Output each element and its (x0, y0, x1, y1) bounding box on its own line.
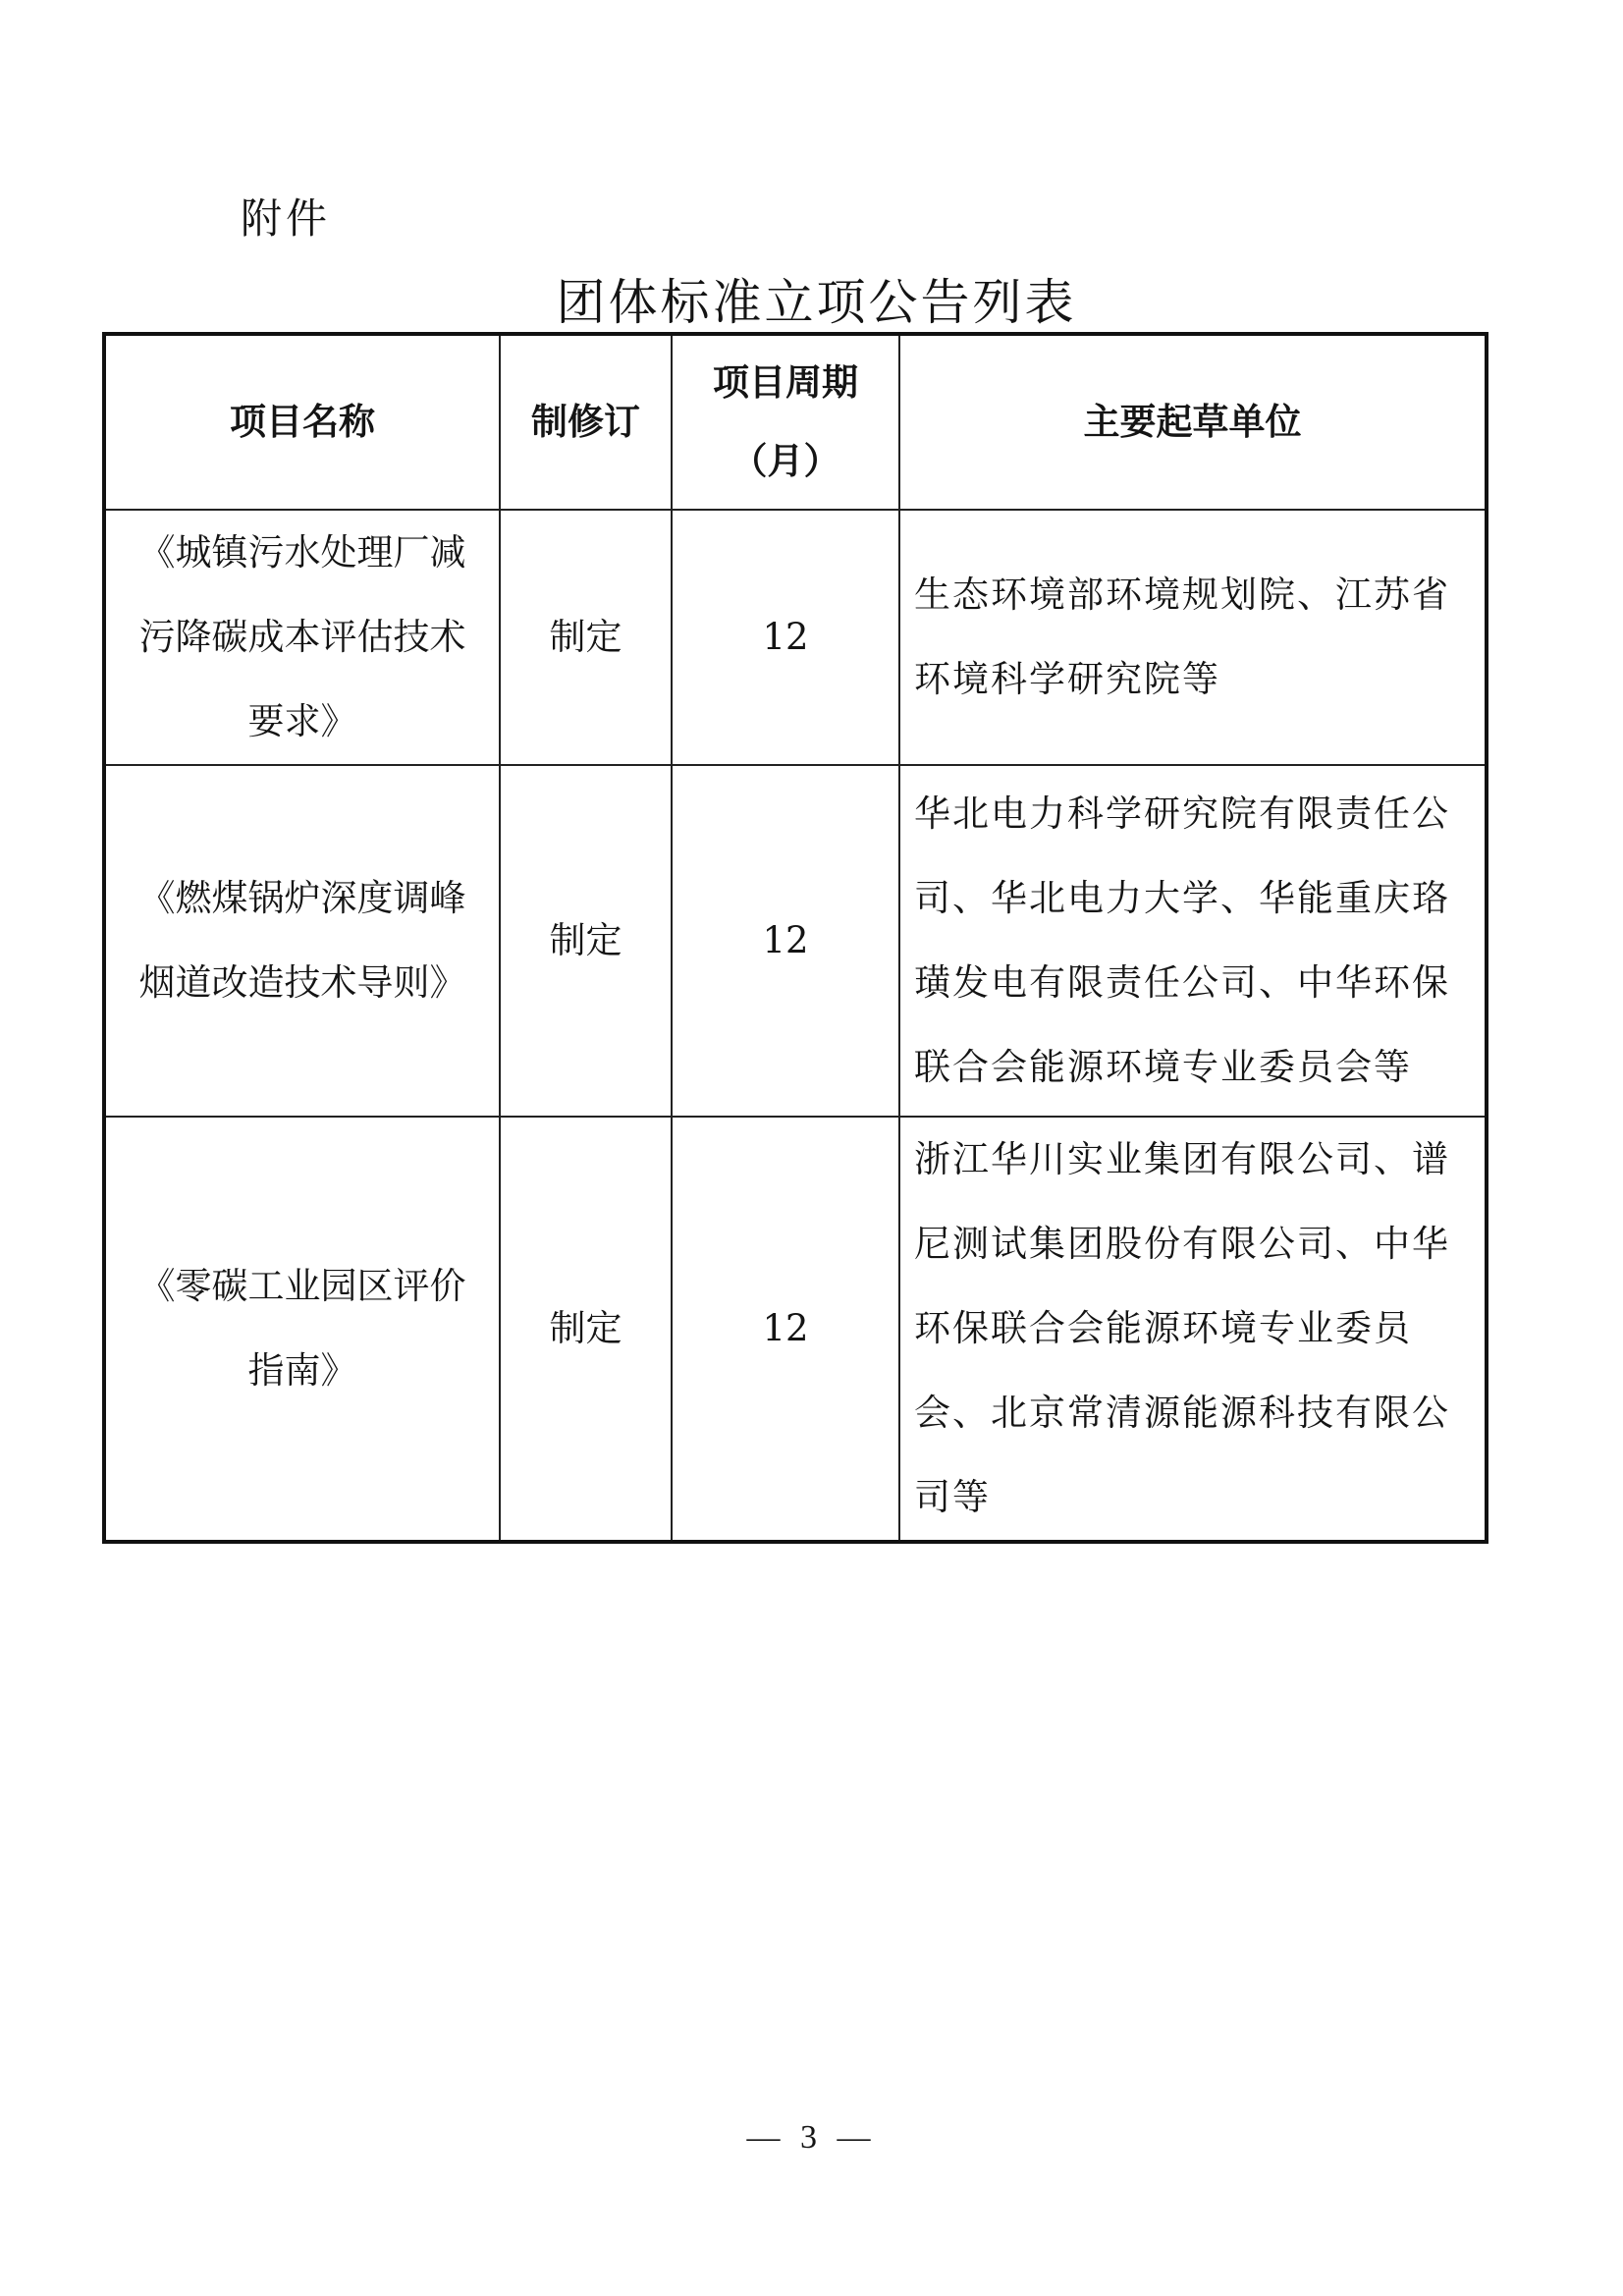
attachment-label: 附件 (241, 187, 331, 246)
cell-period: 12 (672, 1117, 899, 1542)
standards-table: 项目名称 制修订 项目周期 （月） 主要起草单位 《城镇污水处理厂减污降碳成本评… (102, 332, 1488, 1544)
cell-project-name: 《零碳工业园区评价指南》 (104, 1117, 500, 1542)
page-title: 团体标准立项公告列表 (0, 263, 1623, 334)
table-header-row: 项目名称 制修订 项目周期 （月） 主要起草单位 (104, 334, 1487, 510)
cell-revision: 制定 (500, 765, 672, 1117)
period-header-line1: 项目周期 (684, 344, 887, 422)
cell-revision: 制定 (500, 510, 672, 765)
column-header-project-name: 项目名称 (104, 334, 500, 510)
cell-drafters: 生态环境部环境规划院、江苏省环境科学研究院等 (899, 510, 1487, 765)
table-row: 《零碳工业园区评价指南》 制定 12 浙江华川实业集团有限公司、谱尼测试集团股份… (104, 1117, 1487, 1542)
column-header-period: 项目周期 （月） (672, 334, 899, 510)
column-header-drafters: 主要起草单位 (899, 334, 1487, 510)
column-header-revision: 制修订 (500, 334, 672, 510)
cell-period: 12 (672, 765, 899, 1117)
cell-drafters: 华北电力科学研究院有限责任公司、华北电力大学、华能重庆珞璜发电有限责任公司、中华… (899, 765, 1487, 1117)
cell-project-name: 《燃煤锅炉深度调峰烟道改造技术导则》 (104, 765, 500, 1117)
period-header-line2: （月） (684, 422, 887, 501)
table-row: 《城镇污水处理厂减污降碳成本评估技术要求》 制定 12 生态环境部环境规划院、江… (104, 510, 1487, 765)
cell-period: 12 (672, 510, 899, 765)
cell-drafters: 浙江华川实业集团有限公司、谱尼测试集团股份有限公司、中华环保联合会能源环境专业委… (899, 1117, 1487, 1542)
table-row: 《燃煤锅炉深度调峰烟道改造技术导则》 制定 12 华北电力科学研究院有限责任公司… (104, 765, 1487, 1117)
cell-project-name: 《城镇污水处理厂减污降碳成本评估技术要求》 (104, 510, 500, 765)
cell-revision: 制定 (500, 1117, 672, 1542)
page-number: — 3 — (0, 2119, 1623, 2157)
